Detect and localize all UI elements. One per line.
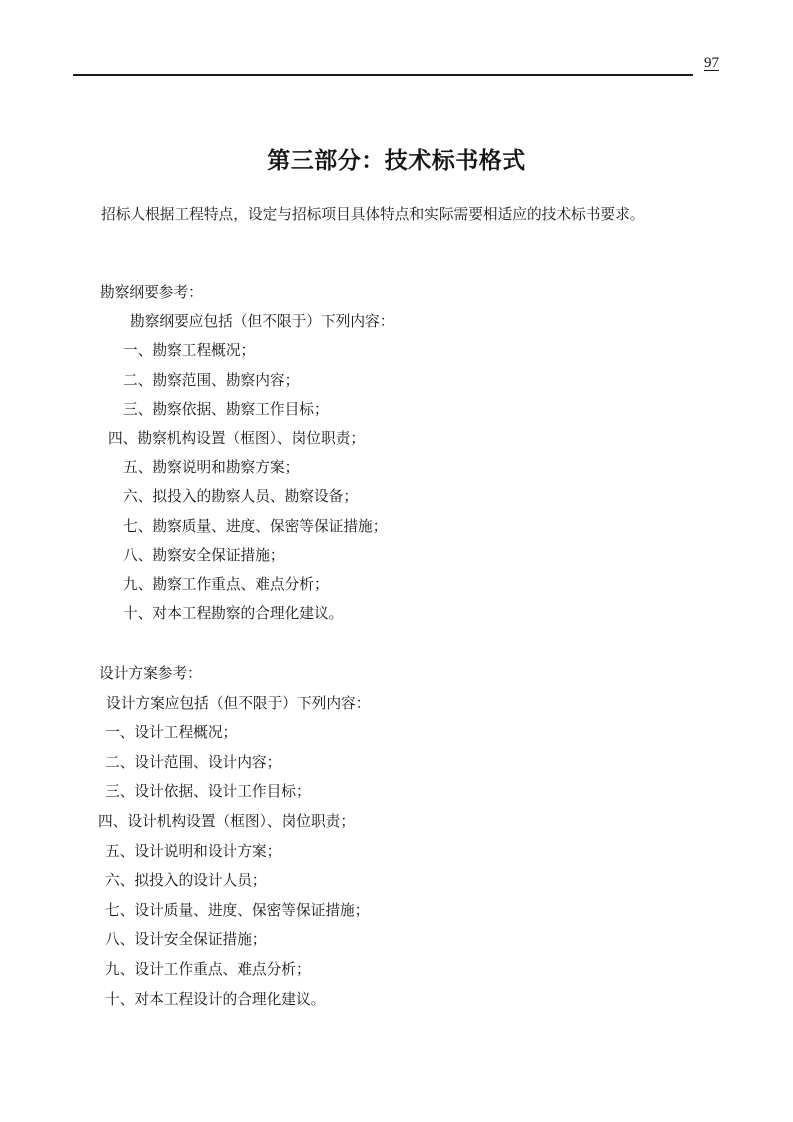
- survey-section-heading: 勘察纲要参考：: [0, 279, 793, 308]
- design-item-6: 六、拟投入的设计人员；: [0, 867, 793, 897]
- design-item-10: 十、对本工程设计的合理化建议。: [0, 986, 793, 1016]
- survey-section-intro: 勘察纲要应包括（但不限于）下列内容：: [0, 308, 793, 337]
- survey-item-7: 七、勘察质量、进度、保密等保证措施；: [0, 513, 793, 542]
- document-title: 第三部分：技术标书格式: [0, 142, 793, 175]
- document-page: 97 第三部分：技术标书格式 招标人根据工程特点，设定与招标项目具体特点和实际需…: [0, 0, 793, 1122]
- intro-paragraph: 招标人根据工程特点，设定与招标项目具体特点和实际需要相适应的技术标书要求。: [101, 205, 644, 226]
- survey-item-2: 二、勘察范围、勘察内容；: [0, 367, 793, 396]
- design-item-1: 一、设计工程概况；: [0, 719, 793, 749]
- design-plan-section: 设计方案参考： 设计方案应包括（但不限于）下列内容： 一、设计工程概况； 二、设…: [0, 660, 793, 1015]
- design-item-3: 三、设计依据、设计工作目标；: [0, 778, 793, 808]
- design-item-5: 五、设计说明和设计方案；: [0, 838, 793, 868]
- page-number: 97: [704, 55, 719, 72]
- survey-item-8: 八、勘察安全保证措施；: [0, 542, 793, 571]
- header-rule: [73, 74, 693, 76]
- design-section-intro: 设计方案应包括（但不限于）下列内容：: [0, 690, 793, 720]
- design-item-4: 四、设计机构设置（框图）、岗位职责；: [0, 808, 793, 838]
- design-item-9: 九、设计工作重点、难点分析；: [0, 956, 793, 986]
- survey-item-1: 一、勘察工程概况；: [0, 337, 793, 366]
- design-item-8: 八、设计安全保证措施；: [0, 926, 793, 956]
- design-item-2: 二、设计范围、设计内容；: [0, 749, 793, 779]
- survey-item-4: 四、勘察机构设置（框图）、岗位职责；: [0, 425, 793, 454]
- survey-item-6: 六、拟投入的勘察人员、勘察设备；: [0, 483, 793, 512]
- survey-item-9: 九、勘察工作重点、难点分析；: [0, 571, 793, 600]
- survey-item-3: 三、勘察依据、勘察工作目标；: [0, 396, 793, 425]
- design-item-7: 七、设计质量、进度、保密等保证措施；: [0, 897, 793, 927]
- design-section-heading: 设计方案参考：: [0, 660, 793, 690]
- survey-outline-section: 勘察纲要参考： 勘察纲要应包括（但不限于）下列内容： 一、勘察工程概况； 二、勘…: [0, 279, 793, 629]
- survey-item-5: 五、勘察说明和勘察方案；: [0, 454, 793, 483]
- survey-item-10: 十、对本工程勘察的合理化建议。: [0, 600, 793, 629]
